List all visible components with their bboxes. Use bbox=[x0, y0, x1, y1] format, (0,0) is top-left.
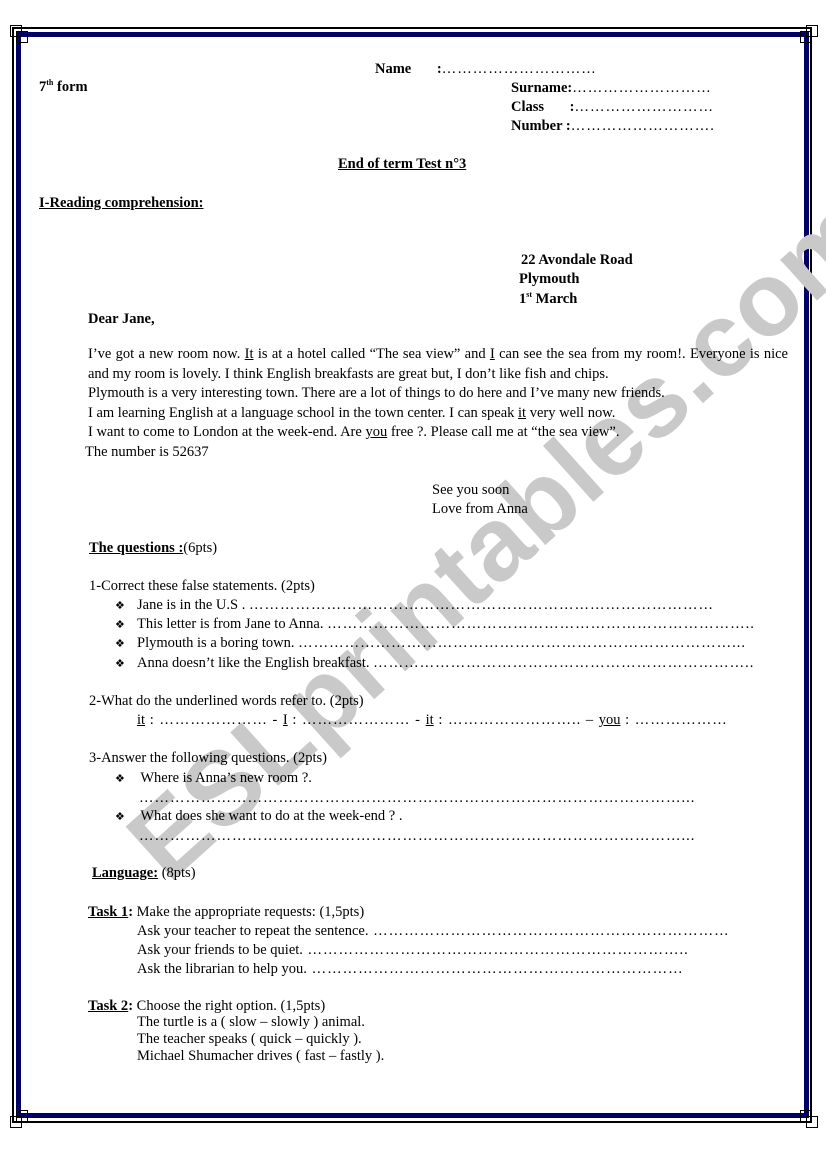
letter-paragraph: I am learning English at a language scho… bbox=[88, 404, 788, 424]
question-2-title: 2-What do the underlined words refer to.… bbox=[89, 692, 364, 711]
letter-greeting: Dear Jane, bbox=[88, 310, 155, 329]
number-field[interactable]: Number :………………………. bbox=[511, 117, 715, 136]
question-1-item[interactable]: ❖This letter is from Jane to Anna. ……………… bbox=[115, 615, 755, 634]
task-1-title: Task 1: Make the appropriate requests: (… bbox=[88, 903, 364, 922]
underlined-word: you bbox=[365, 424, 387, 440]
question-1-item[interactable]: ❖Jane is in the U.S . ………………………………………………… bbox=[115, 596, 714, 615]
bullet-icon: ❖ bbox=[115, 807, 137, 826]
bullet-icon: ❖ bbox=[115, 596, 137, 615]
question-2-answers[interactable]: it : ………………… - I : ………………… - it : ………………… bbox=[137, 711, 728, 730]
underlined-word: it bbox=[518, 405, 526, 421]
language-heading: Language: (8pts) bbox=[92, 864, 196, 883]
letter-paragraph: I’ve got a new room now. It is at a hote… bbox=[88, 345, 788, 384]
letter-address-street: 22 Avondale Road bbox=[521, 251, 633, 270]
letter-paragraph: I want to come to London at the week-end… bbox=[88, 423, 788, 443]
letter-date: 1st March bbox=[519, 290, 577, 309]
questions-heading: The questions :(6pts) bbox=[89, 539, 217, 558]
task-1-item[interactable]: Ask the librarian to help you. ………………………… bbox=[137, 960, 684, 979]
letter-signature: Love from Anna bbox=[432, 500, 528, 519]
underlined-word: It bbox=[245, 346, 254, 362]
worksheet: 7th form Name :………………………… Surname:………………… bbox=[0, 0, 826, 1169]
bullet-icon: ❖ bbox=[115, 654, 137, 673]
question-3-item: ❖ What does she want to do at the week-e… bbox=[115, 807, 402, 826]
surname-field[interactable]: Surname:……………………… bbox=[511, 79, 712, 98]
answer-line[interactable]: ……………………………………………………………………………………………... bbox=[139, 789, 695, 808]
task-1-item[interactable]: Ask your teacher to repeat the sentence.… bbox=[137, 922, 730, 941]
question-1-item[interactable]: ❖Plymouth is a boring town. ………………………………… bbox=[115, 634, 746, 653]
section-heading-reading: I-Reading comprehension: bbox=[39, 194, 203, 213]
letter-paragraph: Plymouth is a very interesting town. The… bbox=[88, 384, 788, 404]
task-2-item: Michael Shumacher drives ( fast – fastly… bbox=[137, 1047, 384, 1066]
letter-paragraph: The number is 52637 bbox=[85, 443, 788, 463]
class-field[interactable]: Class :……………………… bbox=[511, 98, 714, 117]
letter-body: I’ve got a new room now. It is at a hote… bbox=[88, 345, 788, 462]
question-3-item: ❖ Where is Anna’s new room ?. bbox=[115, 769, 312, 788]
letter-address-city: Plymouth bbox=[519, 270, 579, 289]
task-1-item[interactable]: Ask your friends to be quiet. …………………………… bbox=[137, 941, 689, 960]
form-level: 7th form bbox=[39, 78, 88, 97]
answer-line[interactable]: ……………………………………………………………………………………………... bbox=[139, 827, 695, 846]
page-title: End of term Test n°3 bbox=[338, 155, 466, 174]
question-1-item[interactable]: ❖Anna doesn’t like the English breakfast… bbox=[115, 654, 754, 673]
name-field[interactable]: Name :………………………… bbox=[375, 60, 597, 79]
bullet-icon: ❖ bbox=[115, 769, 137, 788]
bullet-icon: ❖ bbox=[115, 634, 137, 653]
bullet-icon: ❖ bbox=[115, 615, 137, 634]
letter-closing: See you soon bbox=[432, 481, 509, 500]
question-3-title: 3-Answer the following questions. (2pts) bbox=[89, 749, 327, 768]
question-1-title: 1-Correct these false statements. (2pts) bbox=[89, 577, 315, 596]
